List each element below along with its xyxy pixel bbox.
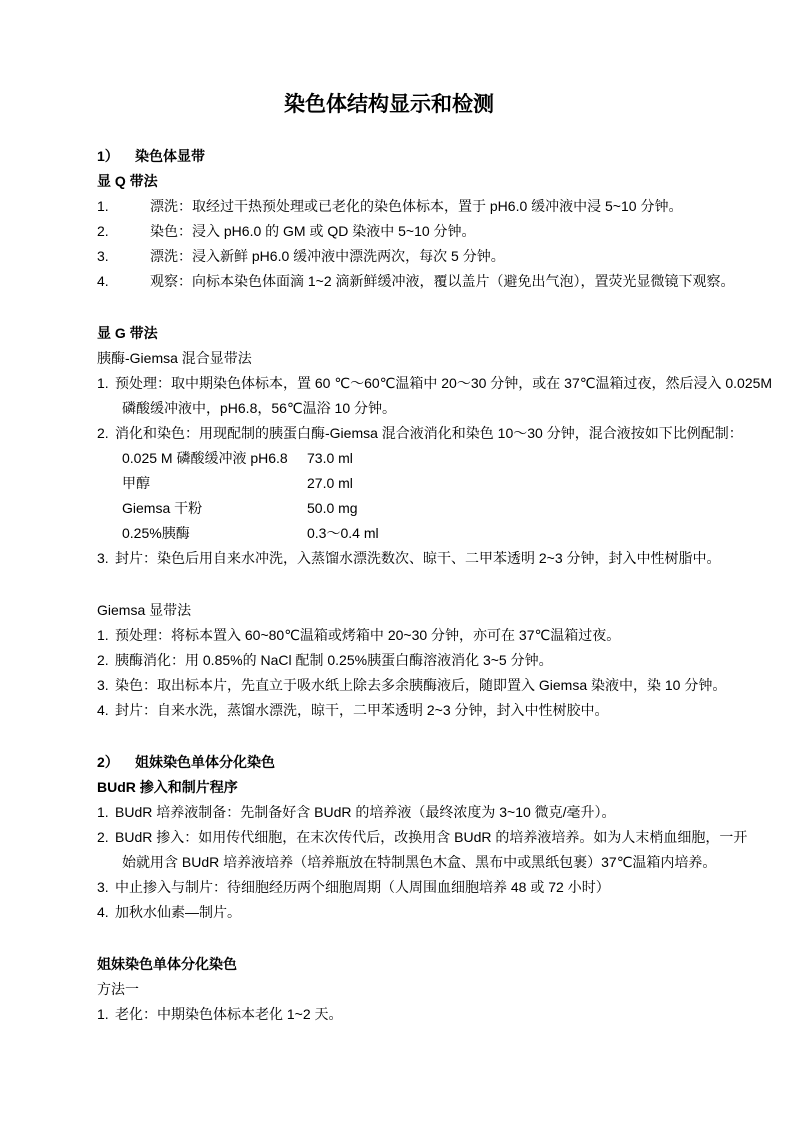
budr-step-3: 3. 中止掺入与制片：待细胞经历两个细胞周期（人周围血细胞培养 48 或 72 … [97, 875, 737, 900]
giemsa-step-4: 4. 封片：自来水洗，蒸馏水漂洗，晾干，二甲苯透明 2~3 分钟，封入中性树胶中… [97, 698, 737, 723]
mixture-name: 0.25%胰酶 [122, 521, 307, 546]
giemsa-step-2: 2. 胰酶消化：用 0.85%的 NaCl 配制 0.25%胰蛋白酶溶液消化 3… [97, 648, 737, 673]
step-text: BUdR 培养液制备：先制备好含 BUdR 的培养液（最终浓度为 3~10 微克… [115, 800, 616, 825]
q-band-heading: 显 Q 带法 [97, 169, 737, 194]
step-number: 3. [97, 875, 115, 900]
section-2-heading-text: 姐妹染色单体分化染色 [135, 750, 275, 775]
step-number: 4. [97, 900, 115, 925]
mixture-name: 甲醇 [122, 471, 307, 496]
step-number: 2. [97, 648, 115, 673]
scd-method-label: 方法一 [97, 977, 737, 1002]
step-number: 1. [97, 1002, 115, 1027]
mixture-amount: 0.3～0.4 ml [307, 521, 379, 546]
section-1-number: 1） [97, 144, 135, 169]
mixture-amount: 27.0 ml [307, 471, 353, 496]
mixture-amount: 73.0 ml [307, 446, 353, 471]
step-number: 2. [97, 219, 150, 244]
mixture-name: Giemsa 干粉 [122, 496, 307, 521]
step-text: 预处理：取中期染色体标本，置 60 ℃～60℃温箱中 20～30 分钟，或在 3… [115, 371, 772, 396]
mixture-row-giemsa-powder: Giemsa 干粉 50.0 mg [97, 496, 737, 521]
g-band-step-1-continuation: 磷酸缓冲液中，pH6.8，56℃温浴 10 分钟。 [97, 396, 737, 421]
budr-step-4: 4. 加秋水仙素—制片。 [97, 900, 737, 925]
section-2-number: 2） [97, 750, 135, 775]
giemsa-method-heading: Giemsa 显带法 [97, 598, 737, 623]
budr-step-2: 2. BUdR 掺入：如用传代细胞，在末次传代后，改换用含 BUdR 的培养液培… [97, 825, 737, 850]
step-number: 1. [97, 800, 115, 825]
step-text: 染色：浸入 pH6.0 的 GM 或 QD 染液中 5~10 分钟。 [150, 219, 476, 244]
step-number: 1. [97, 194, 150, 219]
step-text: 染色：取出标本片，先直立于吸水纸上除去多余胰酶液后，随即置入 Giemsa 染液… [115, 673, 726, 698]
step-text: 漂洗：取经过干热预处理或已老化的染色体标本，置于 pH6.0 缓冲液中浸 5~1… [150, 194, 682, 219]
q-band-step-3: 3. 漂洗：浸入新鲜 pH6.0 缓冲液中漂洗两次，每次 5 分钟。 [97, 244, 737, 269]
document-page: 染色体结构显示和检测 1） 染色体显带 显 Q 带法 1. 漂洗：取经过干热预处… [0, 0, 793, 1122]
mixture-amount: 50.0 mg [307, 496, 358, 521]
step-text: 封片：染色后用自来水冲洗，入蒸馏水漂洗数次、晾干、二甲苯透明 2~3 分钟，封入… [115, 546, 721, 571]
g-band-heading: 显 G 带法 [97, 321, 737, 346]
step-number: 2. [97, 825, 115, 850]
document-title: 染色体结构显示和检测 [69, 90, 709, 120]
mixture-row-buffer: 0.025 M 磷酸缓冲液 pH6.8 73.0 ml [97, 446, 737, 471]
budr-step-1: 1. BUdR 培养液制备：先制备好含 BUdR 的培养液（最终浓度为 3~10… [97, 800, 737, 825]
giemsa-step-1: 1. 预处理：将标本置入 60~80℃温箱或烤箱中 20~30 分钟，亦可在 3… [97, 623, 737, 648]
scd-step-1: 1. 老化：中期染色体标本老化 1~2 天。 [97, 1002, 737, 1027]
step-text: 老化：中期染色体标本老化 1~2 天。 [115, 1002, 343, 1027]
step-text: 中止掺入与制片：待细胞经历两个细胞周期（人周围血细胞培养 48 或 72 小时） [115, 875, 610, 900]
step-number: 3. [97, 546, 115, 571]
section-2-heading: 2） 姐妹染色单体分化染色 [97, 750, 737, 775]
scd-heading: 姐妹染色单体分化染色 [97, 952, 737, 977]
q-band-step-4: 4. 观察：向标本染色体面滴 1~2 滴新鲜缓冲液，覆以盖片（避免出气泡），置荧… [97, 269, 737, 294]
step-number: 3. [97, 673, 115, 698]
step-text: 胰酶消化：用 0.85%的 NaCl 配制 0.25%胰蛋白酶溶液消化 3~5 … [115, 648, 553, 673]
step-number: 1. [97, 623, 115, 648]
mixture-row-trypsin: 0.25%胰酶 0.3～0.4 ml [97, 521, 737, 546]
step-text: BUdR 掺入：如用传代细胞，在末次传代后，改换用含 BUdR 的培养液培养。如… [115, 825, 747, 850]
g-band-step-3: 3. 封片：染色后用自来水冲洗，入蒸馏水漂洗数次、晾干、二甲苯透明 2~3 分钟… [97, 546, 737, 571]
q-band-step-1: 1. 漂洗：取经过干热预处理或已老化的染色体标本，置于 pH6.0 缓冲液中浸 … [97, 194, 737, 219]
step-number: 4. [97, 269, 150, 294]
q-band-step-2: 2. 染色：浸入 pH6.0 的 GM 或 QD 染液中 5~10 分钟。 [97, 219, 737, 244]
section-1-heading: 1） 染色体显带 [97, 144, 737, 169]
step-number: 4. [97, 698, 115, 723]
budr-step-2-continuation: 始就用含 BUdR 培养液培养（培养瓶放在特制黑色木盒、黑布中或黑纸包裹）37℃… [97, 850, 737, 875]
step-number: 2. [97, 421, 115, 446]
step-text: 观察：向标本染色体面滴 1~2 滴新鲜缓冲液，覆以盖片（避免出气泡），置荧光显微… [150, 269, 735, 294]
giemsa-step-3: 3. 染色：取出标本片，先直立于吸水纸上除去多余胰酶液后，随即置入 Giemsa… [97, 673, 737, 698]
step-number: 3. [97, 244, 150, 269]
mixture-name: 0.025 M 磷酸缓冲液 pH6.8 [122, 446, 307, 471]
budr-heading: BUdR 掺入和制片程序 [97, 775, 737, 800]
step-text: 预处理：将标本置入 60~80℃温箱或烤箱中 20~30 分钟，亦可在 37℃温… [115, 623, 620, 648]
g-band-step-2: 2. 消化和染色：用现配制的胰蛋白酶-Giemsa 混合液消化和染色 10～30… [97, 421, 737, 446]
g-band-subheading: 胰酶-Giemsa 混合显带法 [97, 346, 737, 371]
step-text: 漂洗：浸入新鲜 pH6.0 缓冲液中漂洗两次，每次 5 分钟。 [150, 244, 505, 269]
step-number: 1. [97, 371, 115, 396]
g-band-step-1: 1. 预处理：取中期染色体标本，置 60 ℃～60℃温箱中 20～30 分钟，或… [97, 371, 737, 396]
mixture-row-methanol: 甲醇 27.0 ml [97, 471, 737, 496]
step-text: 封片：自来水洗，蒸馏水漂洗，晾干，二甲苯透明 2~3 分钟，封入中性树胶中。 [115, 698, 609, 723]
section-1-heading-text: 染色体显带 [135, 144, 205, 169]
step-text: 加秋水仙素—制片。 [115, 900, 241, 925]
step-text: 消化和染色：用现配制的胰蛋白酶-Giemsa 混合液消化和染色 10～30 分钟… [115, 421, 743, 446]
